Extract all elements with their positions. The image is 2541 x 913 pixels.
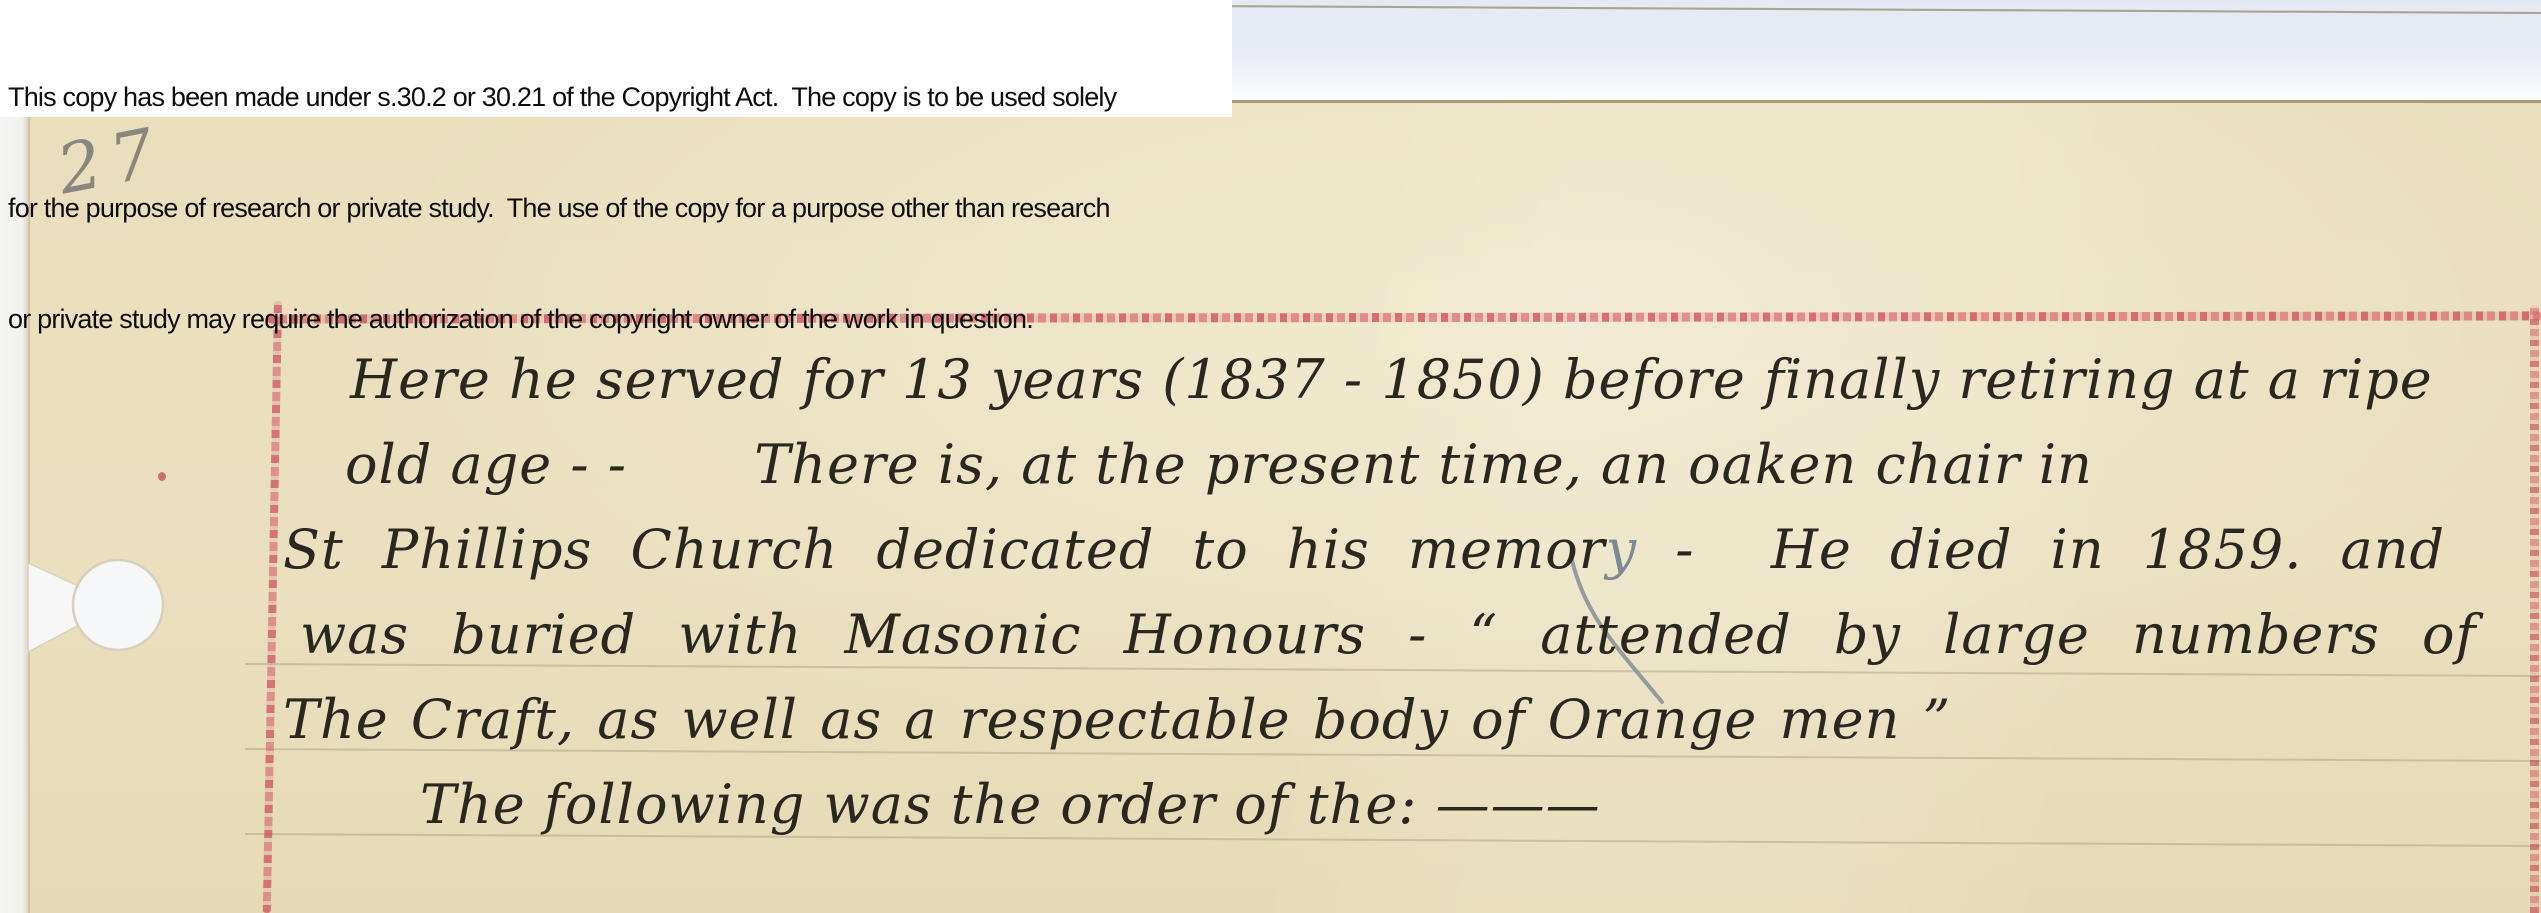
handwriting-segment: St Phillips Church dedicated to his memo… — [283, 518, 1606, 581]
copyright-notice: This copy has been made under s.30.2 or … — [0, 0, 1232, 117]
scanned-ledger-page: 27 Here he served for 13 years (1837 - 1… — [0, 0, 2541, 913]
handwriting-segment: old age - - There is, at the present tim… — [345, 433, 2093, 496]
handwriting-segment: - He died in 1859. and — [1637, 518, 2445, 581]
handwriting-segment: The following was the order of the: ——— — [420, 773, 1601, 836]
red-margin-line-right — [2530, 305, 2539, 913]
copyright-line: for the purpose of research or private s… — [8, 190, 1232, 227]
handwriting-line-2: old age - - There is, at the present tim… — [345, 433, 2093, 497]
handwriting-segment: y — [1606, 518, 1638, 581]
handwriting-line-6: The following was the order of the: ——— — [420, 773, 1601, 837]
copyright-line: This copy has been made under s.30.2 or … — [8, 79, 1232, 116]
handwriting-line-3: St Phillips Church dedicated to his memo… — [283, 518, 2445, 582]
handwriting-segment: The Craft, as well as a respectable body… — [283, 688, 1951, 751]
handwriting-line-5: The Craft, as well as a respectable body… — [283, 688, 1951, 752]
copyright-line: or private study may require the authori… — [8, 301, 1232, 338]
red-ink-dot — [158, 472, 166, 481]
handwriting-line-4: was buried with Masonic Honours - “ atte… — [300, 603, 2477, 667]
handwriting-segment: was buried with Masonic Honours - “ atte… — [300, 603, 2477, 666]
